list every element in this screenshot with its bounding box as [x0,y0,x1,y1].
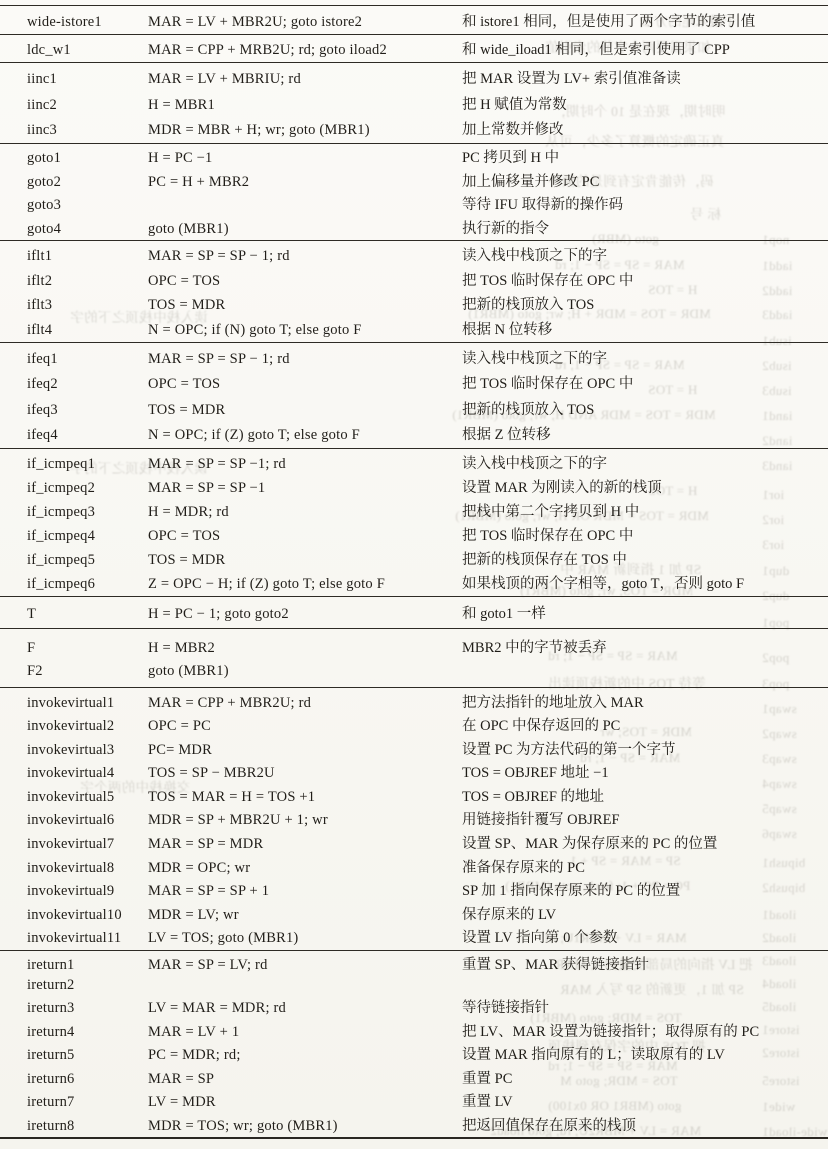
row-comment: 设置 MAR 指向原有的 L；读取原有的 LV [462,1043,828,1064]
row-comment: 把 TOS 临时保存在 OPC 中 [462,372,828,393]
row-code: N = OPC; if (Z) goto T; else goto F [148,427,462,444]
row-label: F2 [27,663,148,680]
row-label: invokevirtual8 [27,860,148,877]
row-comment: 设置 PC 为方法代码的第一个字节 [462,738,828,759]
table-bottom-rule [0,1137,828,1139]
table-row: ireturn3LV = MAR = MDR; rd等待链接指针 [0,996,828,1017]
row-code: MAR = CPP + MBR2U; rd [148,695,462,712]
microinstruction-table: wide-istore1MAR = LV + MBR2U; goto istor… [0,5,828,1139]
row-label: ifeq1 [27,351,148,368]
table-row: invokevirtual10MDR = LV; wr保存原来的 LV [0,903,828,924]
row-label: invokevirtual1 [27,695,148,712]
row-label: iflt2 [27,273,148,290]
table-row: ireturn4MAR = LV + 1把 LV、MAR 设置为链接指针；取得原… [0,1020,828,1041]
row-code: TOS = MDR [148,402,462,419]
row-label: if_icmpeq3 [27,504,148,521]
row-label: ireturn8 [27,1118,148,1135]
row-code: PC = MDR; rd; [148,1047,462,1064]
row-comment: 设置 MAR 为刚读入的新的栈顶 [462,476,828,497]
row-comment: 读入栈中栈顶之下的字 [462,347,828,368]
row-code: H = MBR1 [148,97,462,114]
row-comment: 把 H 赋值为常数 [462,93,828,114]
row-label: F [27,640,148,657]
row-code: MAR = SP = SP −1; rd [148,456,462,473]
row-label: ireturn1 [27,957,148,974]
row-comment: 读入栈中栈顶之下的字 [462,244,828,265]
table-group: wide-istore1MAR = LV + MBR2U; goto istor… [0,5,828,34]
table-row: ifeq2OPC = TOS把 TOS 临时保存在 OPC 中 [0,372,828,393]
table-row: TH = PC − 1; goto goto2和 goto1 一样 [0,602,828,623]
row-label: iflt3 [27,297,148,314]
row-label: ifeq4 [27,427,148,444]
row-comment: TOS = OBJREF 的地址 [462,785,828,806]
row-label: ireturn2 [27,977,148,994]
row-label: ireturn3 [27,1000,148,1017]
table-row: invokevirtual4TOS = SP − MBR2UTOS = OBJR… [0,761,828,782]
table-row: invokevirtual7MAR = SP = MDR设置 SP、MAR 为保… [0,832,828,853]
row-code: MAR = LV + MBRIU; rd [148,71,462,88]
row-code: PC= MDR [148,742,462,759]
row-label: if_icmpeq2 [27,480,148,497]
table-row: ireturn1MAR = SP = LV; rd重置 SP、MAR 获得链接指… [0,953,828,974]
row-comment: MBR2 中的字节被丢弃 [462,636,828,657]
row-code: MAR = SP = SP − 1; rd [148,248,462,265]
row-code: MDR = MBR + H; wr; goto (MBR1) [148,122,462,139]
row-label: invokevirtual10 [27,907,148,924]
row-comment: 把新的栈顶放入 TOS [462,398,828,419]
scanned-page: nop1iadd1iadd2iadd3isub1isub2isub3iand1i… [0,0,828,1149]
row-label: ireturn7 [27,1094,148,1111]
row-comment: 把 LV、MAR 设置为链接指针；取得原有的 PC [462,1020,828,1041]
row-label: ireturn4 [27,1024,148,1041]
row-comment: 和 wide_iload1 相同，但是索引使用了 CPP [462,38,828,59]
row-code: MDR = LV; wr [148,907,462,924]
row-label: ifeq2 [27,376,148,393]
row-comment: 把新的栈顶放入 TOS [462,293,828,314]
row-comment: 加上常数并修改 [462,118,828,139]
table-row: ldc_w1MAR = CPP + MRB2U; rd; goto iload2… [0,38,828,59]
row-label: invokevirtual7 [27,836,148,853]
row-comment: 把返回值保存在原来的栈顶 [462,1114,828,1135]
row-label: invokevirtual11 [27,930,148,947]
row-comment: 执行新的指令 [462,217,828,238]
row-comment: 重置 PC [462,1067,828,1088]
row-comment: 把 TOS 临时保存在 OPC 中 [462,269,828,290]
table-group: iinc1MAR = LV + MBRIU; rd把 MAR 设置为 LV+ 索… [0,62,828,143]
table-group: goto1H = PC −1PC 拷贝到 H 中goto2PC = H + MB… [0,143,828,240]
row-code: MAR = SP = SP − 1; rd [148,351,462,368]
row-label: iinc3 [27,122,148,139]
table-row: if_icmpeq3H = MDR; rd把栈中第二个字拷贝到 H 中 [0,500,828,521]
table-row: invokevirtual9MAR = SP = SP + 1SP 加 1 指向… [0,879,828,900]
row-code: Z = OPC − H; if (Z) goto T; else goto F [148,576,462,593]
row-comment: 把方法指针的地址放入 MAR [462,691,828,712]
row-code: MAR = CPP + MRB2U; rd; goto iload2 [148,42,462,59]
row-code: MAR = LV + 1 [148,1024,462,1041]
row-code: OPC = TOS [148,273,462,290]
row-label: ifeq3 [27,402,148,419]
table-row: invokevirtual1MAR = CPP + MBR2U; rd把方法指针… [0,691,828,712]
table-row: ireturn6MAR = SP重置 PC [0,1067,828,1088]
row-code: H = PC −1 [148,150,462,167]
row-code: LV = MDR [148,1094,462,1111]
table-row: iinc1MAR = LV + MBRIU; rd把 MAR 设置为 LV+ 索… [0,67,828,88]
table-row: FH = MBR2MBR2 中的字节被丢弃 [0,636,828,657]
row-label: iflt1 [27,248,148,265]
row-code: goto (MBR1) [148,663,462,680]
row-comment: 在 OPC 中保存返回的 PC [462,714,828,735]
row-code: LV = TOS; goto (MBR1) [148,930,462,947]
row-label: invokevirtual4 [27,765,148,782]
table-row: iflt1MAR = SP = SP − 1; rd读入栈中栈顶之下的字 [0,244,828,265]
row-label: invokevirtual9 [27,883,148,900]
row-code: N = OPC; if (N) goto T; else goto F [148,322,462,339]
row-code: TOS = MDR [148,297,462,314]
row-code: MDR = OPC; wr [148,860,462,877]
table-row: ifeq1MAR = SP = SP − 1; rd读入栈中栈顶之下的字 [0,347,828,368]
row-label: goto2 [27,174,148,191]
table-row: ireturn5PC = MDR; rd;设置 MAR 指向原有的 L；读取原有… [0,1043,828,1064]
row-label: wide-istore1 [27,14,148,31]
row-label: iflt4 [27,322,148,339]
table-row: iflt3TOS = MDR把新的栈顶放入 TOS [0,293,828,314]
row-label: if_icmpeq1 [27,456,148,473]
row-code: H = PC − 1; goto goto2 [148,606,462,623]
row-comment: SP 加 1 指向保存原来的 PC 的位置 [462,879,828,900]
row-comment: 设置 SP、MAR 为保存原来的 PC 的位置 [462,832,828,853]
row-label: if_icmpeq6 [27,576,148,593]
row-label: ireturn6 [27,1071,148,1088]
row-code: MDR = TOS; wr; goto (MBR1) [148,1118,462,1135]
row-label: invokevirtual2 [27,718,148,735]
row-label: ldc_w1 [27,42,148,59]
table-row: invokevirtual2OPC = PC在 OPC 中保存返回的 PC [0,714,828,735]
row-code: TOS = MDR [148,552,462,569]
row-code: PC = H + MBR2 [148,174,462,191]
row-code: MAR = LV + MBR2U; goto istore2 [148,14,462,31]
row-comment: 准备保存原来的 PC [462,856,828,877]
row-label: if_icmpeq5 [27,552,148,569]
row-code: MAR = SP = SP −1 [148,480,462,497]
table-group: if_icmpeq1MAR = SP = SP −1; rd读入栈中栈顶之下的字… [0,448,828,596]
table-row: invokevirtual3PC= MDR设置 PC 为方法代码的第一个字节 [0,738,828,759]
row-comment: 如果栈顶的两个字相等，goto T，否则 goto F [462,572,828,593]
table-row: iflt2OPC = TOS把 TOS 临时保存在 OPC 中 [0,269,828,290]
table-row: iflt4N = OPC; if (N) goto T; else goto F… [0,318,828,339]
table-group: TH = PC − 1; goto goto2和 goto1 一样 [0,596,828,628]
row-label: invokevirtual6 [27,812,148,829]
table-row: if_icmpeq6Z = OPC − H; if (Z) goto T; el… [0,572,828,593]
row-code: OPC = PC [148,718,462,735]
table-row: invokevirtual5TOS = MAR = H = TOS +1TOS … [0,785,828,806]
table-row: invokevirtual8MDR = OPC; wr准备保存原来的 PC [0,856,828,877]
row-comment: 和 istore1 相同，但是使用了两个字节的索引值 [462,10,828,31]
table-row: goto3等待 IFU 取得新的操作码 [0,193,828,214]
row-label: invokevirtual5 [27,789,148,806]
row-comment: 把新的栈顶保存在 TOS 中 [462,548,828,569]
row-comment: 根据 Z 位转移 [462,423,828,444]
row-code: H = MDR; rd [148,504,462,521]
row-comment: 用链接指针覆写 OBJREF [462,808,828,829]
row-comment: 重置 SP、MAR 获得链接指针 [462,953,828,974]
table-group: invokevirtual1MAR = CPP + MBR2U; rd把方法指针… [0,687,828,950]
table-row: invokevirtual11LV = TOS; goto (MBR1)设置 L… [0,926,828,947]
row-comment: 保存原来的 LV [462,903,828,924]
row-label: invokevirtual3 [27,742,148,759]
table-row: if_icmpeq2MAR = SP = SP −1设置 MAR 为刚读入的新的… [0,476,828,497]
row-comment: 等待链接指针 [462,996,828,1017]
row-comment: PC 拷贝到 H 中 [462,146,828,167]
table-group: ireturn1MAR = SP = LV; rd重置 SP、MAR 获得链接指… [0,950,828,1137]
row-comment: 重置 LV [462,1090,828,1111]
row-comment: 和 goto1 一样 [462,602,828,623]
row-code: MAR = SP = SP + 1 [148,883,462,900]
table-row: goto4goto (MBR1)执行新的指令 [0,217,828,238]
row-comment: 加上偏移量并修改 PC [462,170,828,191]
table-row: if_icmpeq1MAR = SP = SP −1; rd读入栈中栈顶之下的字 [0,452,828,473]
table-row: ifeq4N = OPC; if (Z) goto T; else goto F… [0,423,828,444]
table-row: ireturn7LV = MDR重置 LV [0,1090,828,1111]
table-row: ireturn2 [0,977,828,994]
table-row: if_icmpeq4OPC = TOS把 TOS 临时保存在 OPC 中 [0,524,828,545]
row-label: iinc1 [27,71,148,88]
row-code: OPC = TOS [148,528,462,545]
table-row: wide-istore1MAR = LV + MBR2U; goto istor… [0,10,828,31]
table-row: goto1H = PC −1PC 拷贝到 H 中 [0,146,828,167]
table-row: goto2PC = H + MBR2加上偏移量并修改 PC [0,170,828,191]
row-label: iinc2 [27,97,148,114]
row-code: MAR = SP = LV; rd [148,957,462,974]
table-row: iinc2H = MBR1把 H 赋值为常数 [0,93,828,114]
table-group: ldc_w1MAR = CPP + MRB2U; rd; goto iload2… [0,34,828,62]
table-row: iinc3MDR = MBR + H; wr; goto (MBR1)加上常数并… [0,118,828,139]
row-code: MDR = SP + MBR2U + 1; wr [148,812,462,829]
table-row: ifeq3TOS = MDR把新的栈顶放入 TOS [0,398,828,419]
row-comment: 读入栈中栈顶之下的字 [462,452,828,473]
table-group: iflt1MAR = SP = SP − 1; rd读入栈中栈顶之下的字iflt… [0,240,828,342]
row-label: ireturn5 [27,1047,148,1064]
table-group: FH = MBR2MBR2 中的字节被丢弃F2goto (MBR1) [0,628,828,687]
row-code: TOS = SP − MBR2U [148,765,462,782]
row-label: goto4 [27,221,148,238]
table-row: invokevirtual6MDR = SP + MBR2U + 1; wr用链… [0,808,828,829]
row-code: H = MBR2 [148,640,462,657]
row-comment: 设置 LV 指向第 0 个参数 [462,926,828,947]
table-group: ifeq1MAR = SP = SP − 1; rd读入栈中栈顶之下的字ifeq… [0,342,828,448]
row-label: goto1 [27,150,148,167]
row-code: TOS = MAR = H = TOS +1 [148,789,462,806]
row-label: T [27,606,148,623]
row-comment: 把 TOS 临时保存在 OPC 中 [462,524,828,545]
row-comment: 把栈中第二个字拷贝到 H 中 [462,500,828,521]
row-code: OPC = TOS [148,376,462,393]
table-row: if_icmpeq5TOS = MDR把新的栈顶保存在 TOS 中 [0,548,828,569]
row-comment: 根据 N 位转移 [462,318,828,339]
row-code: goto (MBR1) [148,221,462,238]
row-comment: 等待 IFU 取得新的操作码 [462,193,828,214]
row-label: goto3 [27,197,148,214]
row-comment: TOS = OBJREF 地址 −1 [462,761,828,782]
row-label: if_icmpeq4 [27,528,148,545]
row-code: LV = MAR = MDR; rd [148,1000,462,1017]
table-row: ireturn8MDR = TOS; wr; goto (MBR1)把返回值保存… [0,1114,828,1135]
row-comment: 把 MAR 设置为 LV+ 索引值准备读 [462,67,828,88]
row-code: MAR = SP = MDR [148,836,462,853]
row-code: MAR = SP [148,1071,462,1088]
table-row: F2goto (MBR1) [0,663,828,680]
